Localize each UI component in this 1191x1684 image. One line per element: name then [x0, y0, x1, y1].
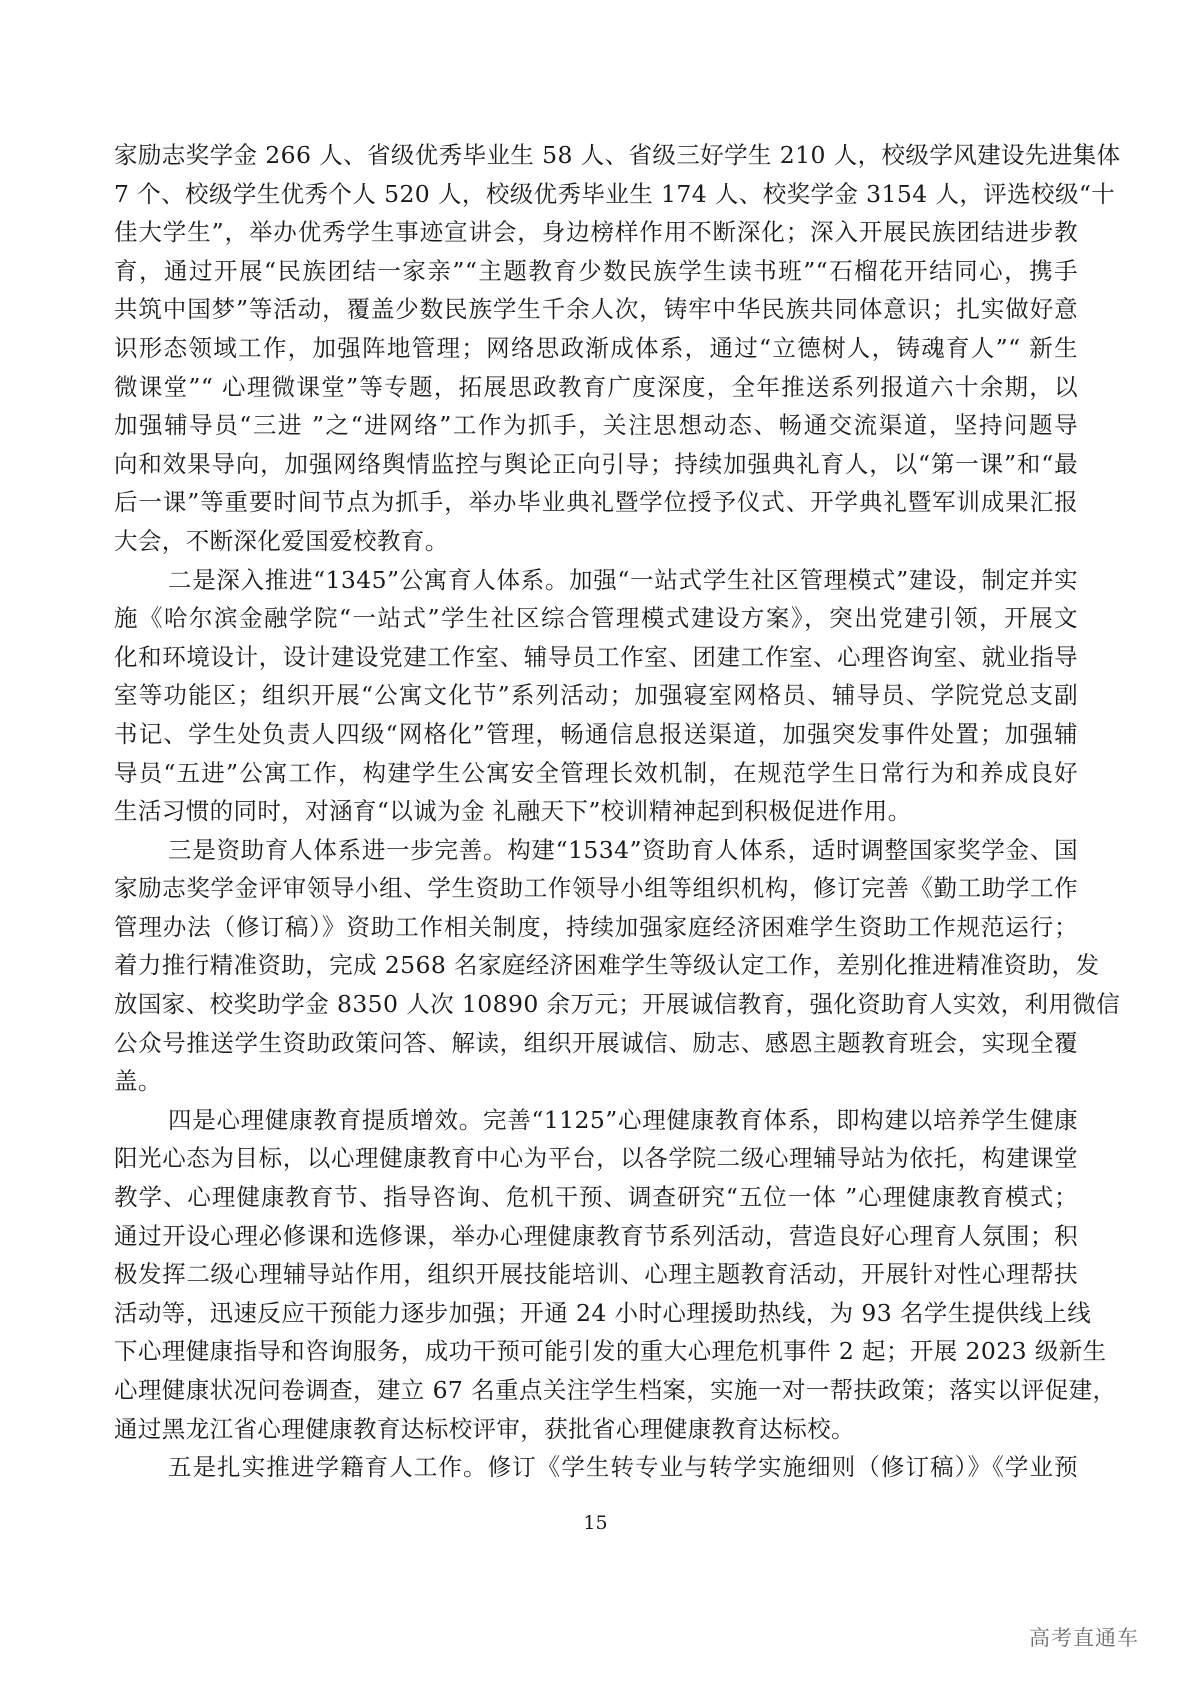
text-line: 大会，不断深化爱国爱校教育。 [114, 522, 1078, 561]
text-line: 心理健康状况问卷调查，建立 67 名重点关注学生档案，实施一对一帮扶政策；落实以… [114, 1371, 1078, 1410]
text-line: 管理办法（修订稿）》资助工作相关制度，持续加强家庭经济困难学生资助工作规范运行； [114, 908, 1078, 947]
text-line: 活动等，迅速反应干预能力逐步加强；开通 24 小时心理援助热线，为 93 名学生… [114, 1294, 1078, 1333]
text-line: 室等功能区；组织开展“公寓文化节”系列活动；加强寝室网格员、辅导员、学院党总支副 [114, 676, 1078, 715]
watermark: 高考直通车 [1029, 1622, 1139, 1652]
paragraph-first-line: 二是深入推进“1345”公寓育人体系。加强“一站式学生社区管理模式”建设，制定并… [114, 561, 1078, 600]
text-line: 盖。 [114, 1062, 1078, 1101]
paragraph-first-line: 五是扎实推进学籍育人工作。修订《学生转专业与转学实施细则（修订稿）》《学业预 [114, 1448, 1078, 1487]
text-line: 家励志奖学金评审领导小组、学生资助工作领导小组等组织机构，修订完善《勤工助学工作 [114, 869, 1078, 908]
text-line: 极发挥二级心理辅导站作用，组织开展技能培训、心理主题教育活动，开展针对性心理帮扶 [114, 1255, 1078, 1294]
text-line: 化和环境设计，设计建设党建工作室、辅导员工作室、团建工作室、心理咨询室、就业指导 [114, 638, 1078, 677]
text-line: 向和效果导向，加强网络舆情监控与舆论正向引导；持续加强典礼育人，以“第一课”和“… [114, 445, 1078, 484]
text-line: 放国家、校奖助学金 8350 人次 10890 余万元；开展诚信教育，强化资助育… [114, 985, 1078, 1024]
text-line: 着力推行精准资助，完成 2568 名家庭经济困难学生等级认定工作，差别化推进精准… [114, 946, 1078, 985]
text-line: 家励志奖学金 266 人、省级优秀毕业生 58 人、省级三好学生 210 人，校… [114, 136, 1078, 175]
text-line: 识形态领域工作，加强阵地管理；网络思政渐成体系，通过“立德树人，铸魂育人”“ 新… [114, 329, 1078, 368]
text-line: 微课堂”“ 心理微课堂”等专题，拓展思政教育广度深度，全年推送系列报道六十余期，… [114, 368, 1078, 407]
text-line: 生活习惯的同时，对涵育“以诚为金 礼融天下”校训精神起到积极促进作用。 [114, 792, 1078, 831]
text-line: 加强辅导员“三进 ”之“进网络”工作为抓手，关注思想动态、畅通交流渠道，坚持问题… [114, 406, 1078, 445]
text-line: 导员“五进”公寓工作，构建学生公寓安全管理长效机制，在规范学生日常行为和养成良好 [114, 754, 1078, 793]
text-line: 下心理健康指导和咨询服务，成功干预可能引发的重大心理危机事件 2 起；开展 20… [114, 1332, 1078, 1371]
text-line: 书记、学生处负责人四级“网格化”管理，畅通信息报送渠道，加强突发事件处置；加强辅 [114, 715, 1078, 754]
text-line: 通过开设心理必修课和选修课，举办心理健康教育节系列活动，营造良好心理育人氛围；积 [114, 1217, 1078, 1256]
text-line: 共筑中国梦”等活动，覆盖少数民族学生千余人次，铸牢中华民族共同体意识；扎实做好意 [114, 290, 1078, 329]
text-line: 通过黑龙江省心理健康教育达标校评审，获批省心理健康教育达标校。 [114, 1410, 1078, 1449]
text-line: 佳大学生”，举办优秀学生事迹宣讲会，身边榜样作用不断深化；深入开展民族团结进步教 [114, 213, 1078, 252]
text-line: 育，通过开展“民族团结一家亲”“主题教育少数民族学生读书班”“石榴花开结同心，携… [114, 252, 1078, 291]
text-line: 阳光心态为目标，以心理健康教育中心为平台，以各学院二级心理辅导站为依托，构建课堂 [114, 1139, 1078, 1178]
paragraph-first-line: 三是资助育人体系进一步完善。构建“1534”资助育人体系，适时调整国家奖学金、国 [114, 831, 1078, 870]
page-number: 15 [0, 1512, 1191, 1534]
text-line: 教学、心理健康教育节、指导咨询、危机干预、调查研究“五位一体 ”心理健康教育模式… [114, 1178, 1078, 1217]
paragraph-first-line: 四是心理健康教育提质增效。完善“1125”心理健康教育体系，即构建以培养学生健康 [114, 1101, 1078, 1140]
text-line: 施《哈尔滨金融学院“一站式”学生社区综合管理模式建设方案》，突出党建引领，开展文 [114, 599, 1078, 638]
text-line: 后一课”等重要时间节点为抓手，举办毕业典礼暨学位授予仪式、开学典礼暨军训成果汇报 [114, 483, 1078, 522]
text-line: 7 个、校级学生优秀个人 520 人，校级优秀毕业生 174 人、校奖学金 31… [114, 175, 1078, 214]
document-page: 家励志奖学金 266 人、省级优秀毕业生 58 人、省级三好学生 210 人，校… [0, 0, 1191, 1684]
text-line: 公众号推送学生资助政策问答、解读，组织开展诚信、励志、感恩主题教育班会，实现全覆 [114, 1024, 1078, 1063]
body-text: 家励志奖学金 266 人、省级优秀毕业生 58 人、省级三好学生 210 人，校… [114, 136, 1078, 1487]
